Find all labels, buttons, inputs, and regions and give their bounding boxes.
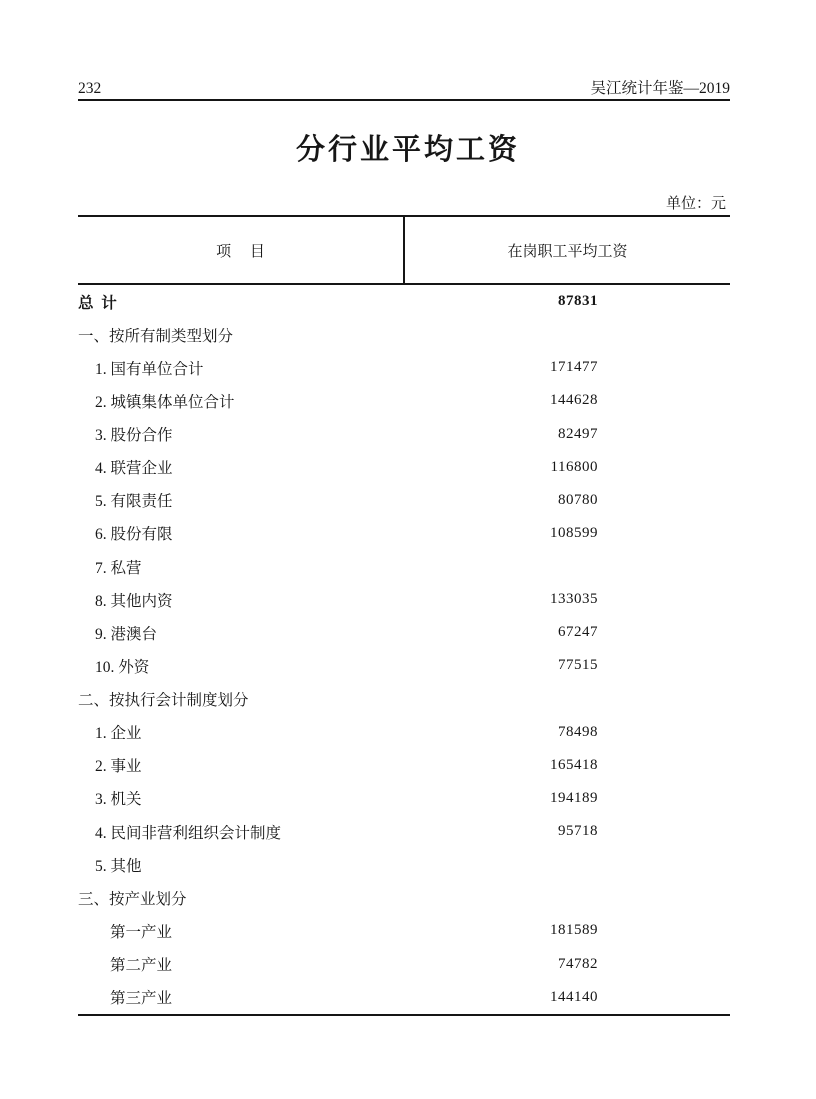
column-header-item: 项 目 — [78, 217, 405, 283]
row-value: 144628 — [410, 392, 598, 409]
row-value: 95718 — [410, 823, 598, 840]
row-label: 5. 其他 — [78, 854, 410, 876]
row-label: 三、按产业划分 — [78, 887, 410, 909]
row-label: 3. 机关 — [78, 787, 410, 809]
yearbook-title: 吴江统计年鉴—2019 — [590, 80, 730, 97]
table-row: 3. 股份合作82497 — [78, 418, 730, 451]
table-row: 9. 港澳台67247 — [78, 616, 730, 649]
table-row: 6. 股份有限108599 — [78, 517, 730, 550]
row-label: 4. 民间非营利组织会计制度 — [78, 821, 410, 843]
table-row: 一、按所有制类型划分 — [78, 318, 730, 351]
row-label: 6. 股份有限 — [78, 522, 410, 544]
table-row: 5. 其他 — [78, 848, 730, 881]
row-label: 2. 事业 — [78, 754, 410, 776]
row-value: 82497 — [410, 426, 598, 443]
table-row: 三、按产业划分 — [78, 881, 730, 914]
row-label: 第二产业 — [78, 953, 410, 975]
table-row: 2. 事业165418 — [78, 749, 730, 782]
page-header: 232 吴江统计年鉴—2019 — [78, 80, 730, 97]
row-value: 78498 — [410, 724, 598, 741]
row-label: 7. 私营 — [78, 556, 410, 578]
row-label: 8. 其他内资 — [78, 589, 410, 611]
row-label: 5. 有限责任 — [78, 489, 410, 511]
table-row: 4. 民间非营利组织会计制度95718 — [78, 815, 730, 848]
table-row: 总 计87831 — [78, 285, 730, 318]
row-value: 74782 — [410, 956, 598, 973]
table-row: 第一产业181589 — [78, 914, 730, 947]
table-row: 7. 私营 — [78, 550, 730, 583]
row-label: 1. 企业 — [78, 721, 410, 743]
table-row: 8. 其他内资133035 — [78, 583, 730, 616]
row-value: 87831 — [410, 293, 598, 310]
row-value: 116800 — [410, 459, 598, 476]
row-label: 总 计 — [78, 291, 410, 313]
page-title: 分行业平均工资 — [0, 136, 816, 165]
row-label: 1. 国有单位合计 — [78, 357, 410, 379]
table-row: 4. 联营企业116800 — [78, 451, 730, 484]
table-header-row: 项 目 在岗职工平均工资 — [78, 215, 730, 285]
table-row: 10. 外资77515 — [78, 649, 730, 682]
row-value: 165418 — [410, 757, 598, 774]
table-row: 二、按执行会计制度划分 — [78, 683, 730, 716]
row-label: 第三产业 — [78, 986, 410, 1008]
row-label: 3. 股份合作 — [78, 423, 410, 445]
row-value: 194189 — [410, 790, 598, 807]
row-label: 2. 城镇集体单位合计 — [78, 390, 410, 412]
table-body: 总 计87831一、按所有制类型划分1. 国有单位合计1714772. 城镇集体… — [78, 285, 730, 1016]
row-label: 第一产业 — [78, 920, 410, 942]
row-value: 133035 — [410, 591, 598, 608]
unit-label: 单位：元 — [78, 192, 726, 213]
row-label: 一、按所有制类型划分 — [78, 324, 410, 346]
table-row: 3. 机关194189 — [78, 782, 730, 815]
yearbook-page: 232 吴江统计年鉴—2019 分行业平均工资 单位：元 项 目 在岗职工平均工… — [0, 0, 816, 1099]
row-label: 二、按执行会计制度划分 — [78, 688, 410, 710]
table-row: 5. 有限责任80780 — [78, 484, 730, 517]
row-value: 77515 — [410, 657, 598, 674]
row-value: 181589 — [410, 922, 598, 939]
row-label: 4. 联营企业 — [78, 456, 410, 478]
header-rule — [78, 99, 730, 101]
row-label: 9. 港澳台 — [78, 622, 410, 644]
table-row: 1. 国有单位合计171477 — [78, 351, 730, 384]
row-value: 80780 — [410, 492, 598, 509]
table-row: 第三产业144140 — [78, 981, 730, 1014]
row-value: 67247 — [410, 624, 598, 641]
row-value: 108599 — [410, 525, 598, 542]
column-header-value: 在岗职工平均工资 — [405, 217, 730, 283]
row-value: 171477 — [410, 359, 598, 376]
table-row: 1. 企业78498 — [78, 716, 730, 749]
wage-table: 项 目 在岗职工平均工资 总 计87831一、按所有制类型划分1. 国有单位合计… — [78, 215, 730, 1016]
table-row: 第二产业74782 — [78, 948, 730, 981]
table-row: 2. 城镇集体单位合计144628 — [78, 384, 730, 417]
row-value: 144140 — [410, 989, 598, 1006]
page-number: 232 — [78, 80, 101, 97]
row-label: 10. 外资 — [78, 655, 410, 677]
